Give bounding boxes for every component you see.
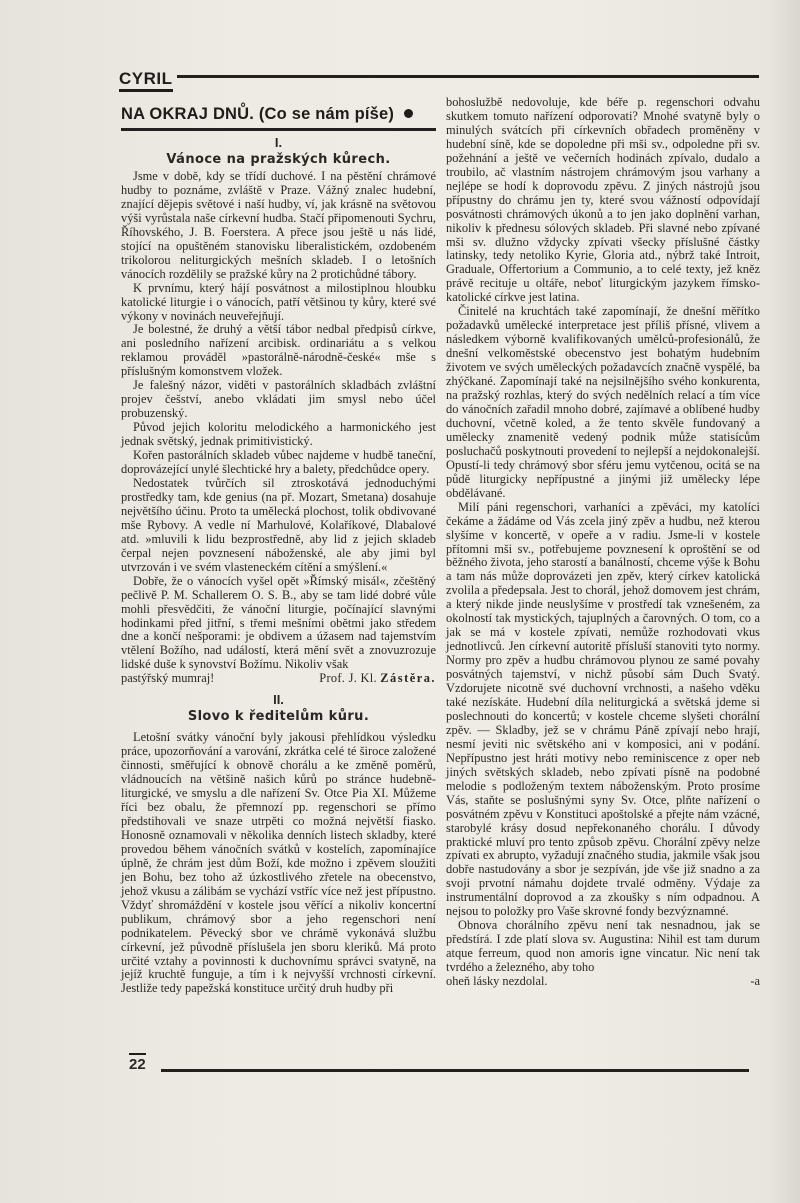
magazine-page: CYRIL NA OKRAJ DNŮ. (Co se nám píše) I. … <box>0 0 800 1203</box>
paragraph: Dobře, že o vánocích vyšel opět »Římský … <box>121 575 436 673</box>
paragraph: Je bolestné, že druhý a větší tábor nedb… <box>121 323 436 379</box>
part-1-signature-line: pastýřský mumraj! Prof. J. Kl. Zástěra. <box>121 672 436 686</box>
page-number: 22 <box>129 1053 146 1073</box>
paragraph: Jsme v době, kdy se třídí duchové. I na … <box>121 170 436 282</box>
part-2-signature-line: oheň lásky nezdolal. -a <box>446 975 760 989</box>
running-header: CYRIL <box>119 70 759 96</box>
bullet-icon <box>404 109 413 118</box>
running-title: CYRIL <box>119 70 173 92</box>
paragraph: Kořen pastorálních skladeb vůbec najdeme… <box>121 449 436 477</box>
final-line: oheň lásky nezdolal. <box>446 975 548 989</box>
signature: -a <box>750 975 760 989</box>
paragraph: Původ jejich koloritu melodického a harm… <box>121 421 436 449</box>
paragraph: Činitelé na kruchtách také zapomínají, ž… <box>446 305 760 500</box>
paragraph: bohoslužbě nedovoluje, kde béře p. regen… <box>446 96 760 305</box>
left-column: NA OKRAJ DNŮ. (Co se nám píše) I. Vánoce… <box>121 96 436 996</box>
title-rule <box>121 128 436 131</box>
paragraph: Nedostatek tvůrčích sil ztroskotává jedn… <box>121 477 436 575</box>
part-2-number: II. <box>121 692 436 708</box>
paragraph: K prvnímu, který hájí posvátnost a milos… <box>121 282 436 324</box>
part-2-title: Slovo k ředitelům kůru. <box>121 708 436 725</box>
page-footer: 22 <box>119 1053 759 1077</box>
right-column: bohoslužbě nedovoluje, kde béře p. regen… <box>446 96 760 989</box>
part-1-title: Vánoce na pražských kůrech. <box>121 151 436 168</box>
closing-text: pastýřský mumraj! <box>121 672 214 686</box>
part-1-number: I. <box>121 135 436 151</box>
paragraph: Letošní svátky vánoční byly jakousi přeh… <box>121 731 436 996</box>
paragraph: Je falešný názor, viděti v pastorálních … <box>121 379 436 421</box>
author: Prof. J. Kl. Zástěra. <box>319 672 436 686</box>
paragraph: Milí páni regenschori, varhaníci a zpěvá… <box>446 501 760 920</box>
paragraph: Obnova chorálního zpěvu není tak nesnadn… <box>446 919 760 975</box>
article-title: NA OKRAJ DNŮ. (Co se nám píše) <box>121 103 436 125</box>
header-rule <box>177 75 759 78</box>
footer-rule <box>161 1069 749 1072</box>
